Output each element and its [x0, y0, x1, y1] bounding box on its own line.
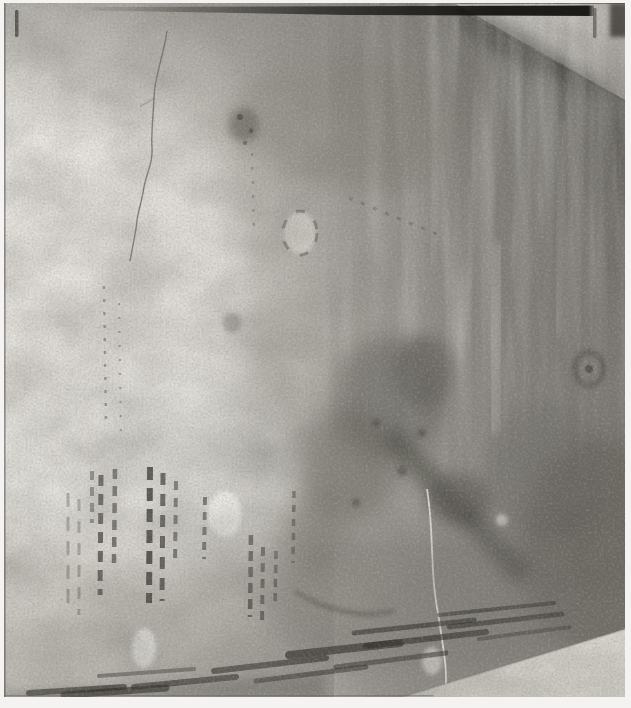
texture-grain-light: [4, 3, 625, 697]
wall-photo-art: [4, 3, 625, 697]
photo-bottom-edge: [4, 695, 434, 696]
top-right-dark-block: [610, 3, 625, 37]
page-root: [0, 0, 631, 708]
film-edge-tick-right: [593, 8, 597, 38]
photo-left-edge: [4, 3, 6, 697]
photo-frame: [4, 3, 625, 697]
